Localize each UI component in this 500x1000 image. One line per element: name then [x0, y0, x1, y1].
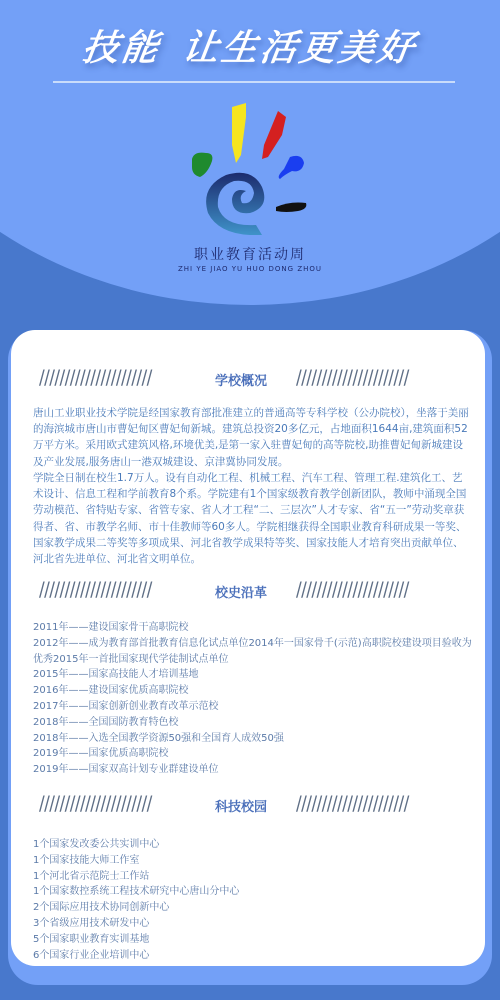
overview-paragraph-2: 学院全日制在校生1.7万人。设有自动化工程、机械工程、汽车工程、管理工程.建筑化…	[33, 470, 473, 567]
history-item: 2017年——国家创新创业教育改革示范校	[33, 699, 473, 715]
section-title-history: 校史沿革	[196, 582, 286, 601]
divider-slashes-right: //////////////////////	[296, 367, 409, 390]
tech-campus-item: 1个国家数控系统工程技术研究中心唐山分中心	[33, 884, 473, 900]
tech-campus-item: 5个国家职业教育实训基地	[33, 932, 473, 948]
history-item: 2016年——建设国家优质高职院校	[33, 683, 473, 699]
tech-campus-item: 1个国家发改委公共实训中心	[33, 837, 473, 853]
hero-title: 技能让生活更美好	[0, 20, 500, 71]
section-title-tech-campus: 科技校园	[196, 796, 286, 815]
section-header-history: ////////////////////// 校史沿革 ////////////…	[11, 580, 485, 604]
history-item: 2019年——国家优质高职院校	[33, 746, 473, 762]
tech-campus-list: 1个国家发改委公共实训中心 1个国家技能大师工作室 1个河北省示范院士工作站 1…	[33, 837, 473, 963]
history-item: 2012年——成为教育部首批教育信息化试点单位2014年一国家骨千(示范)高职院…	[33, 636, 473, 668]
overview-paragraph-1: 唐山工业职业技术学院是经国家教育部批准建立的普通高等专科学校（公办院校），坐落于…	[33, 405, 473, 470]
hero-title-part2: 让生活更美好	[180, 28, 420, 69]
history-list: 2011年——建设国家骨干高职院校 2012年——成为教育部首批教育信息化试点单…	[33, 620, 473, 778]
logo-pinyin-name: ZHI YE JIAO YU HUO DONG ZHOU	[0, 265, 500, 273]
tech-campus-item: 1个国家技能大师工作室	[33, 853, 473, 869]
history-item: 2018年——入选全国教学资源50强和全国育人成效50强	[33, 731, 473, 747]
section-title-overview: 学校概况	[196, 370, 286, 389]
history-item: 2011年——建设国家骨干高职院校	[33, 620, 473, 636]
hand-swirl-logo-icon	[180, 95, 320, 235]
divider-slashes-right: //////////////////////	[296, 579, 409, 602]
history-item: 2015年——国家高技能人才培训基地	[33, 667, 473, 683]
content-card: ////////////////////// 学校概况 ////////////…	[11, 330, 485, 966]
history-item: 2019年——国家双高计划专业群建设单位	[33, 762, 473, 778]
divider-slashes-left: //////////////////////	[39, 793, 152, 816]
hero-divider-line	[53, 81, 455, 83]
hero-title-part1: 技能	[80, 28, 164, 69]
tech-campus-item: 6个国家行业企业培训中心	[33, 948, 473, 964]
divider-slashes-left: //////////////////////	[39, 367, 152, 390]
section-header-tech-campus: ////////////////////// 科技校园 ////////////…	[11, 794, 485, 818]
divider-slashes-right: //////////////////////	[296, 793, 409, 816]
section-header-overview: ////////////////////// 学校概况 ////////////…	[11, 368, 485, 392]
divider-slashes-left: //////////////////////	[39, 579, 152, 602]
logo-chinese-name: 职业教育活动周	[0, 244, 500, 264]
tech-campus-item: 3个省级应用技术研发中心	[33, 916, 473, 932]
history-item: 2018年——全国国防教育特色校	[33, 715, 473, 731]
tech-campus-item: 1个河北省示范院士工作站	[33, 869, 473, 885]
hero-banner: 技能让生活更美好 职业教育活动周 ZHI YE JIAO YU HUO	[0, 0, 500, 300]
tech-campus-item: 2个国际应用技术协同创新中心	[33, 900, 473, 916]
